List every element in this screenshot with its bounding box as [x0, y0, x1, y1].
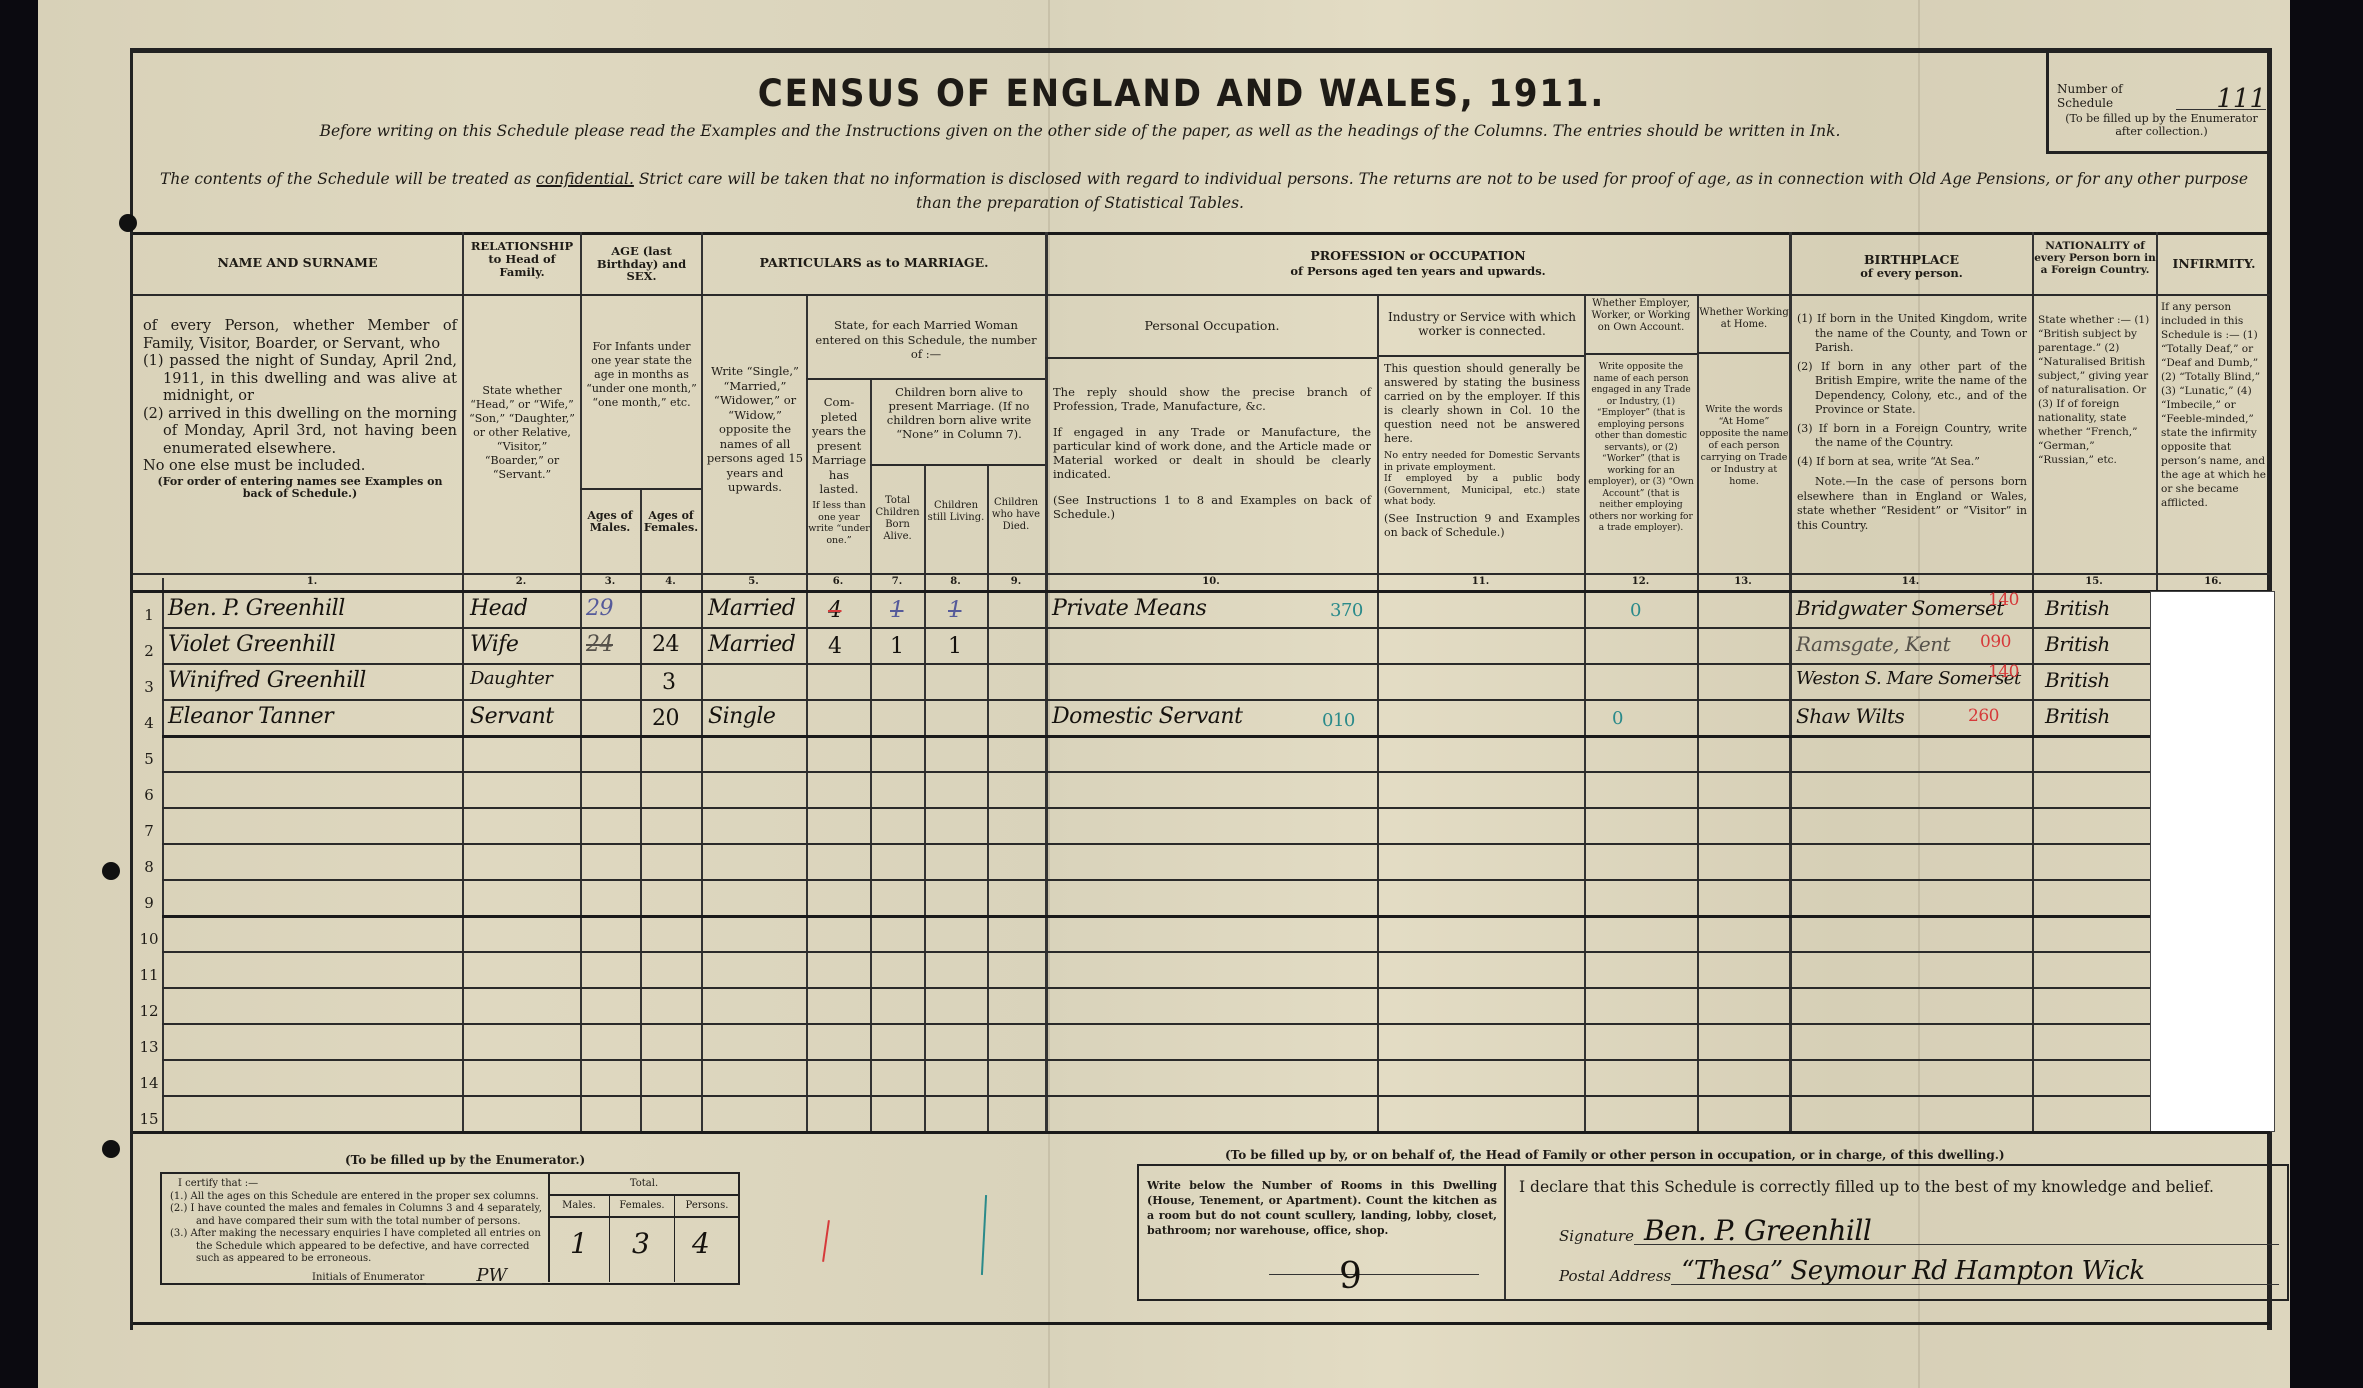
enumerator-certification-box: I certify that :— (1.) All the ages on t…: [160, 1172, 740, 1285]
occupation-code: 370: [1330, 600, 1363, 621]
header-rule: [133, 590, 2270, 593]
header-rule: [806, 378, 1045, 380]
row-rule: [162, 699, 2270, 701]
person-name: Violet Greenhill: [168, 632, 335, 657]
col-divider: [1377, 295, 1379, 1132]
column-number: 16.: [2156, 576, 2270, 587]
row-rule: [162, 987, 2270, 989]
column-number: 10.: [1045, 576, 1377, 587]
header-relationship: RELATIONSHIP to Head of Family.: [464, 240, 580, 279]
header-rule: [1045, 357, 1377, 359]
relationship: Head: [470, 596, 527, 621]
column-number: 7.: [870, 576, 924, 587]
header-employer: Whether Employer, Worker, or Working on …: [1586, 298, 1696, 334]
row-rule: [162, 1059, 2270, 1061]
header-children-living: Children still Living.: [925, 500, 987, 524]
row-number: 13: [138, 1038, 160, 1056]
enumerator-heading: (To be filled up by the Enumerator.): [345, 1153, 585, 1167]
schedule-label: Number of Schedule: [2057, 82, 2172, 110]
occupation: Private Means: [1052, 596, 1206, 621]
column-number: 12.: [1584, 576, 1697, 587]
column-number: 11.: [1377, 576, 1584, 587]
column-number: 8.: [924, 576, 987, 587]
females-label: Females.: [611, 1200, 673, 1213]
header-profession-sub: of Persons aged ten years and upwards.: [1047, 264, 1789, 279]
col-divider: [924, 465, 926, 1132]
header-rule: [1584, 353, 1697, 355]
declaration-text: I declare that this Schedule is correctl…: [1519, 1178, 2214, 1196]
person-name: Eleanor Tanner: [168, 704, 333, 729]
table-bottom-rule: [133, 1131, 2270, 1134]
column-number: 14.: [1789, 576, 2032, 587]
column-number: 6.: [806, 576, 870, 587]
header-name-body: of every Person, whether Member of Famil…: [143, 318, 457, 500]
row-rule: [162, 879, 2270, 881]
header-marriage-completed-note: If less than one year write “under one.”: [808, 500, 870, 546]
postal-address-field: Postal Address “Thesa” Seymour Rd Hampto…: [1559, 1258, 2279, 1285]
column-number: 9.: [987, 576, 1045, 587]
header-industry-body: This question should generally be answer…: [1384, 362, 1580, 540]
column-number: 4.: [640, 576, 701, 587]
schedule-note: (To be filled up by the Enumerator after…: [2057, 112, 2266, 138]
punch-hole: [102, 862, 120, 880]
col-divider: [701, 232, 703, 1132]
header-rule: [870, 464, 1045, 466]
header-rule: [580, 488, 701, 490]
confidential-notice: The contents of the Schedule will be tre…: [160, 170, 2260, 188]
years-married: 4: [828, 598, 842, 623]
certification-text: I certify that :— (1.) All the ages on t…: [166, 1178, 544, 1266]
relationship: Servant: [470, 704, 554, 729]
header-birthplace: BIRTHPLACE: [1791, 252, 2032, 267]
confidential-notice-line2: than the preparation of Statistical Tabl…: [130, 194, 2030, 212]
row-rule: [162, 627, 2270, 629]
age-female: 24: [652, 632, 679, 657]
birthplace-code: 140: [1988, 662, 2019, 682]
header-relationship-body: State whether “Head,” or “Wife,” “Son,” …: [468, 384, 576, 482]
column-number: 13.: [1697, 576, 1789, 587]
row-number: 1: [138, 606, 160, 624]
birthplace: Weston S. Mare Somerset: [1796, 668, 2021, 689]
household-declaration-box: Write below the Number of Rooms in this …: [1137, 1164, 2289, 1301]
row-rule: [162, 771, 2270, 773]
header-rule: [133, 573, 2270, 575]
column-number: 2.: [462, 576, 580, 587]
years-married: 4: [828, 634, 842, 659]
column-number: 15.: [2032, 576, 2156, 587]
header-marriage: PARTICULARS as to MARRIAGE.: [703, 255, 1045, 270]
header-rule: [1697, 352, 1789, 354]
signature-value: Ben. P. Greenhill: [1634, 1218, 2279, 1245]
total-persons: 4: [692, 1238, 709, 1251]
column-number: 1.: [162, 576, 462, 587]
punch-hole: [119, 214, 137, 232]
birthplace: Ramsgate, Kent: [1796, 632, 1950, 656]
person-name: Winifred Greenhill: [168, 668, 366, 693]
relationship: Daughter: [470, 668, 552, 689]
col-divider: [870, 380, 872, 1132]
total-label: Total.: [548, 1174, 740, 1191]
schedule-number: 111: [2176, 89, 2266, 110]
header-nationality-body: State whether :— (1) “British subject by…: [2038, 313, 2152, 467]
household-heading: (To be filled up by, or on behalf of, th…: [1225, 1148, 2005, 1162]
schedule-number-box: Number of Schedule111 (To be filled up b…: [2046, 48, 2272, 154]
occupation: Domestic Servant: [1052, 704, 1242, 729]
header-infirmity: INFIRMITY.: [2158, 256, 2270, 271]
relationship: Wife: [470, 632, 518, 657]
header-marriage-state: State, for each Married Woman entered on…: [812, 318, 1040, 362]
header-at-home-body: Write the words “At Home” opposite the n…: [1699, 404, 1789, 488]
col-divider: [462, 232, 464, 1132]
header-at-home: Whether Working at Home.: [1699, 307, 1789, 331]
nationality: British: [2045, 704, 2110, 728]
enumerator-initials-field: Initials of Enumerator PW: [312, 1269, 542, 1284]
document-subtitle: Before writing on this Schedule please r…: [130, 122, 2030, 140]
row-number-divider: [162, 578, 164, 1132]
total-males: 1: [570, 1238, 587, 1251]
column-number: 5.: [701, 576, 806, 587]
row-rule: [162, 1023, 2270, 1025]
header-industry: Industry or Service with which worker is…: [1380, 310, 1584, 338]
row-number: 9: [138, 894, 160, 912]
row-number: 12: [138, 1002, 160, 1020]
employer-status: 0: [1612, 708, 1623, 729]
header-age-females: Ages of Females.: [641, 510, 701, 534]
header-age-males: Ages of Males.: [581, 510, 639, 534]
header-infirmity-body: If any person included in this Schedule …: [2161, 300, 2267, 510]
row-rule: [162, 663, 2270, 665]
header-profession: PROFESSION or OCCUPATION: [1047, 248, 1789, 263]
birthplace-code: 260: [1968, 706, 1999, 726]
employer-status: 0: [1630, 600, 1641, 621]
males-label: Males.: [550, 1200, 608, 1213]
header-marriage-children: Children born alive to present Marriage.…: [874, 385, 1044, 441]
header-employer-body: Write opposite the name of each person e…: [1586, 362, 1696, 535]
redacted-infirmity-column: [2150, 591, 2275, 1132]
row-number: 6: [138, 786, 160, 804]
header-rule: [1377, 355, 1584, 357]
document-frame: [130, 48, 2272, 1330]
header-children-total: Total Children Born Alive.: [871, 495, 924, 543]
header-birthplace-sub: of every person.: [1791, 266, 2032, 281]
age-female: 3: [662, 670, 676, 695]
header-personal-body: The reply should show the precise branch…: [1053, 385, 1371, 521]
children-total: 1: [890, 598, 904, 623]
row-number: 3: [138, 678, 160, 696]
header-name: NAME AND SURNAME: [133, 255, 462, 270]
row-number: 15: [138, 1110, 160, 1128]
col-divider: [987, 465, 989, 1132]
row-number: 4: [138, 714, 160, 732]
row-number: 5: [138, 750, 160, 768]
children-living: 1: [948, 634, 962, 659]
signature-field: Signature Ben. P. Greenhill: [1559, 1218, 2279, 1245]
nationality: British: [2045, 596, 2110, 620]
row-rule: [162, 915, 2270, 918]
row-rule: [162, 843, 2270, 845]
row-number: 11: [138, 966, 160, 984]
header-age: AGE (last Birthday) and SEX.: [582, 245, 701, 283]
column-number: 3.: [580, 576, 640, 587]
birthplace-code: 140: [1988, 590, 2019, 610]
row-number: 10: [138, 930, 160, 948]
postal-address-value: “Thesa” Seymour Rd Hampton Wick: [1671, 1258, 2279, 1285]
col-divider: [2032, 232, 2034, 1132]
row-rule: [162, 807, 2270, 809]
header-marriage-write: Write “Single,” “Married,” “Widower,” or…: [706, 364, 804, 495]
person-name: Ben. P. Greenhill: [168, 596, 345, 621]
occupation-code: 010: [1322, 710, 1355, 731]
header-marriage-completed: Com-pleted years the present Marriage ha…: [808, 395, 870, 497]
birthplace-code: 090: [1980, 632, 2011, 652]
birthplace: Shaw Wilts: [1796, 704, 1904, 728]
header-nationality: NATIONALITY of every Person born in a Fo…: [2034, 240, 2156, 276]
total-females: 3: [632, 1238, 649, 1251]
enumerator-initials: PW: [426, 1269, 542, 1284]
row-number: 2: [138, 642, 160, 660]
header-personal-occupation: Personal Occupation.: [1047, 318, 1377, 333]
header-rule: [133, 294, 2270, 296]
col-divider: [1045, 232, 1048, 1132]
age-female: 20: [652, 706, 679, 731]
header-birthplace-body: (1) If born in the United Kingdom, write…: [1797, 312, 2027, 533]
age-male: 29: [586, 596, 613, 621]
footer-bottom-rule: [133, 1322, 2270, 1325]
children-living: 1: [948, 598, 962, 623]
marital-status: Married: [708, 596, 795, 621]
row-rule: [162, 951, 2270, 953]
punch-hole: [102, 1140, 120, 1158]
children-total: 1: [890, 634, 904, 659]
grid-top-rule: [133, 232, 2270, 235]
document-title: CENSUS OF ENGLAND AND WALES, 1911.: [95, 72, 2269, 115]
row-number: 8: [138, 858, 160, 876]
row-rule: [162, 735, 2270, 738]
row-number: 7: [138, 822, 160, 840]
persons-label: Persons.: [676, 1200, 738, 1213]
number-of-rooms: 9: [1339, 1256, 1361, 1297]
header-age-body: For Infants under one year state the age…: [582, 340, 701, 410]
birthplace: Bridgwater Somerset: [1796, 596, 2004, 620]
header-children-died: Children who have Died.: [988, 497, 1044, 533]
rooms-instruction: Write below the Number of Rooms in this …: [1147, 1178, 1497, 1238]
row-rule: [162, 1095, 2270, 1097]
col-divider: [1789, 232, 1792, 1132]
row-number: 14: [138, 1074, 160, 1092]
nationality: British: [2045, 668, 2110, 692]
marital-status: Single: [708, 704, 775, 729]
nationality: British: [2045, 632, 2110, 656]
age-male: 24: [586, 632, 613, 657]
marital-status: Married: [708, 632, 795, 657]
